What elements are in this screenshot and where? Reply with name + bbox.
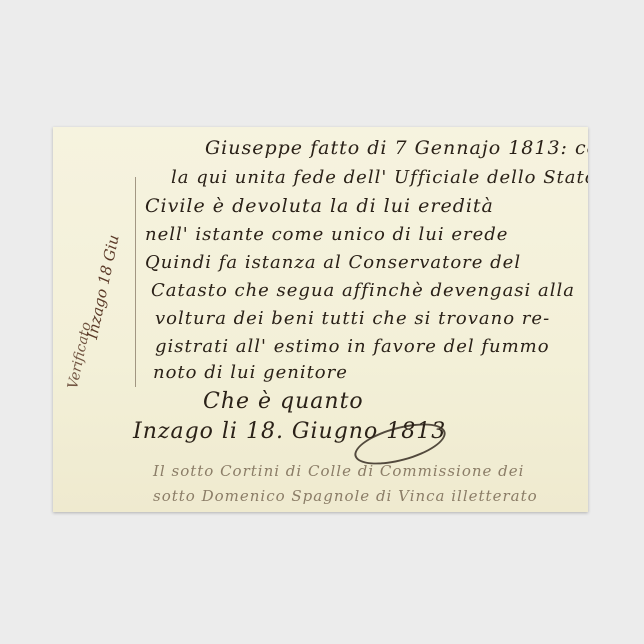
manuscript-line: nell' istante come unico di lui erede [145, 224, 508, 245]
manuscript-line: noto di lui genitore [153, 362, 348, 383]
margin-note: Verificato [65, 321, 95, 391]
manuscript-card: Inzago 18 Giu Verificato Giuseppe fatto … [53, 127, 588, 512]
manuscript-line: Giuseppe fatto di 7 Gennajo 1813: come d… [205, 137, 588, 159]
manuscript-line: voltura dei beni tutti che si trovano re… [155, 308, 550, 329]
manuscript-line: Che è quanto [203, 389, 364, 414]
footer-line: Il sotto Cortini di Colle di Commissione… [153, 462, 524, 480]
footer-line: sotto Domenico Spagnole di Vinca illette… [153, 487, 538, 505]
manuscript-line: Civile è devoluta la di lui eredità [145, 195, 494, 217]
manuscript-line: gistrati all' estimo in favore del fummo [155, 336, 550, 357]
manuscript-line: la qui unita fede dell' Ufficiale dello … [171, 167, 588, 188]
margin-rule [135, 177, 136, 387]
manuscript-line: Catasto che segua affinchè devengasi all… [151, 280, 575, 301]
manuscript-line: Quindi fa istanza al Conservatore del [145, 252, 521, 273]
